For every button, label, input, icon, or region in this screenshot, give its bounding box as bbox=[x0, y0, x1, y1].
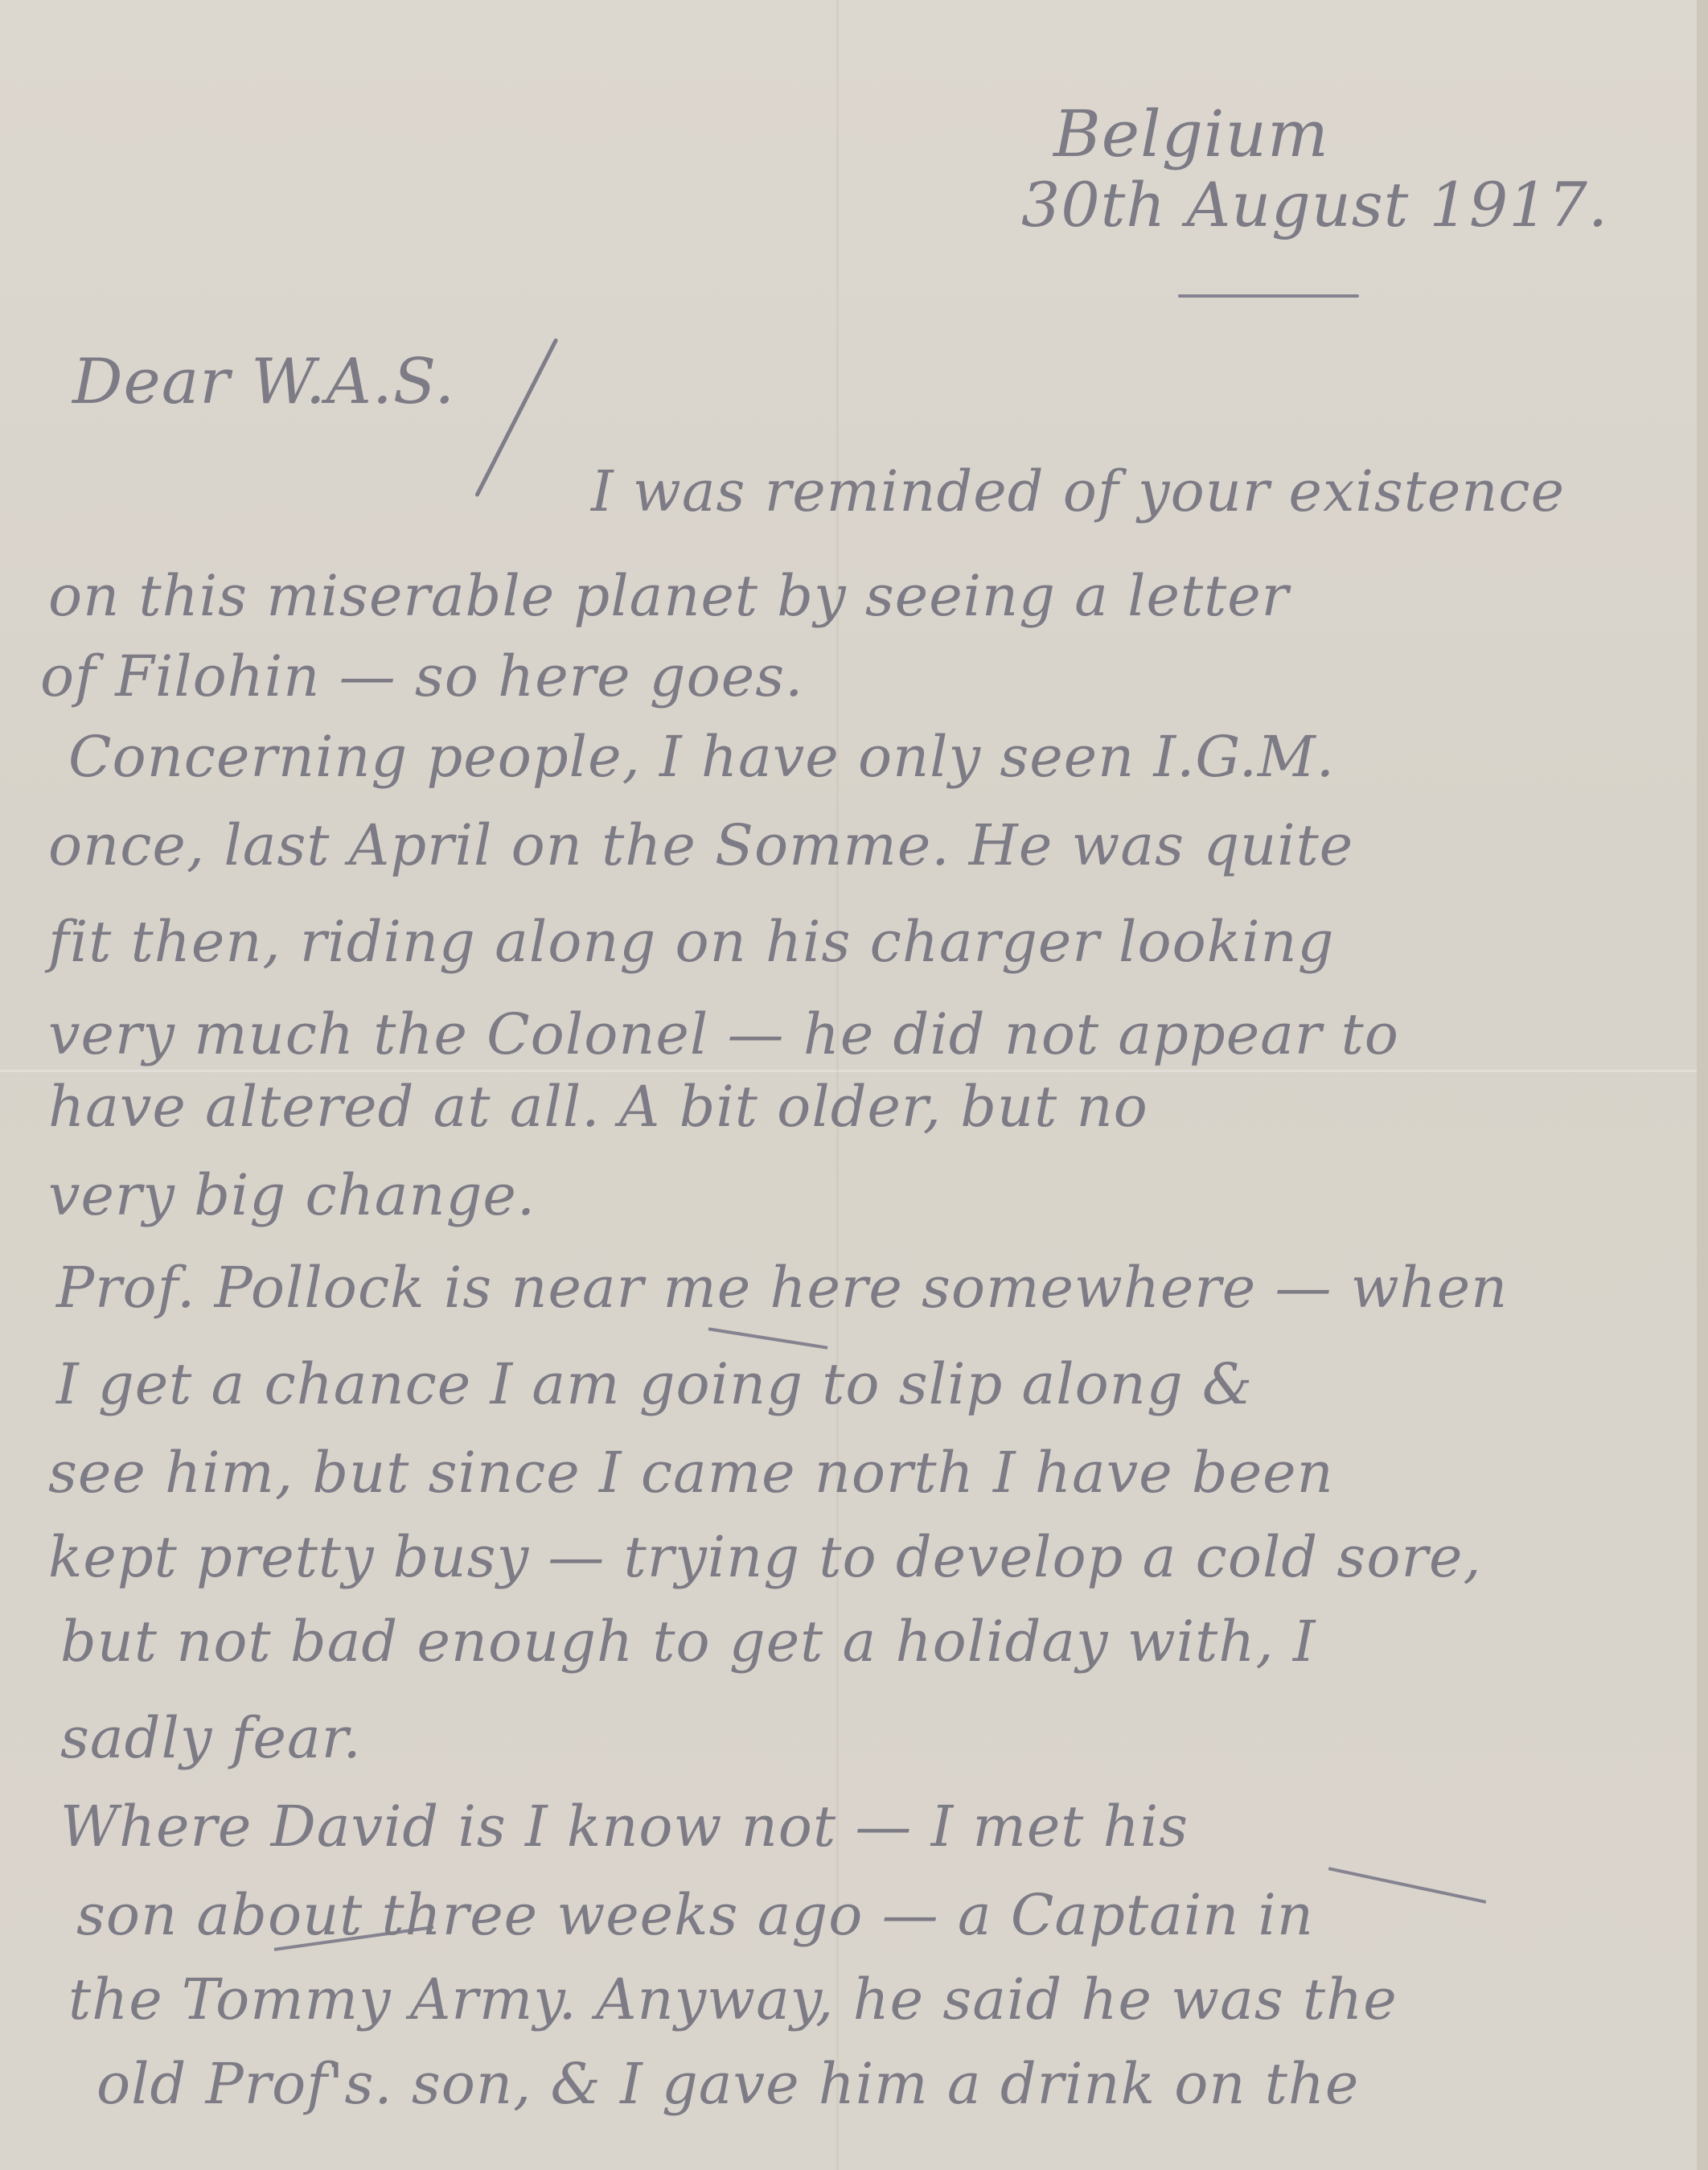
letter-line: son about three weeks ago — a Captain in bbox=[76, 1882, 1314, 1948]
letter-line: but not bad enough to get a holiday with… bbox=[60, 1609, 1316, 1675]
letter-line: I was reminded of your existence bbox=[591, 458, 1565, 524]
letter-line: very much the Colonel — he did not appea… bbox=[48, 1001, 1399, 1067]
letter-line: I get a chance I am going to slip along … bbox=[56, 1351, 1253, 1417]
paper-fold-horizontal bbox=[0, 1070, 1708, 1072]
letter-line: have altered at all. A bit older, but no bbox=[48, 1074, 1148, 1140]
letter-line: of Filohin — so here goes. bbox=[40, 643, 803, 709]
pencil-stroke bbox=[1328, 1867, 1486, 1903]
letter-line: very big change. bbox=[48, 1162, 536, 1228]
letter-page: Belgium 30th August 1917. Dear W.A.S. I … bbox=[0, 0, 1708, 2170]
letter-line: Prof. Pollock is near me here somewhere … bbox=[56, 1255, 1508, 1321]
paper-edge bbox=[1697, 0, 1708, 2170]
letter-line: Concerning people, I have only seen I.G.… bbox=[68, 724, 1335, 790]
letter-salutation: Dear W.A.S. bbox=[72, 346, 455, 418]
letter-line: fit then, riding along on his charger lo… bbox=[48, 909, 1334, 975]
letter-line: see him, but since I came north I have b… bbox=[48, 1440, 1334, 1506]
letter-date: 30th August 1917. bbox=[1021, 169, 1608, 240]
letter-line: Where David is I know not — I met his bbox=[60, 1794, 1189, 1860]
pencil-stroke bbox=[708, 1327, 828, 1349]
date-underline bbox=[1178, 294, 1359, 298]
letter-place: Belgium bbox=[1053, 97, 1329, 171]
salutation-slash bbox=[474, 338, 558, 497]
letter-line: on this miserable planet by seeing a let… bbox=[48, 563, 1289, 629]
letter-line: old Prof's. son, & I gave him a drink on… bbox=[96, 2051, 1359, 2117]
letter-line: the Tommy Army. Anyway, he said he was t… bbox=[68, 1967, 1398, 2032]
letter-line: once, last April on the Somme. He was qu… bbox=[48, 812, 1353, 878]
letter-line: kept pretty busy — trying to develop a c… bbox=[48, 1524, 1482, 1590]
letter-line: sadly fear. bbox=[60, 1705, 362, 1771]
